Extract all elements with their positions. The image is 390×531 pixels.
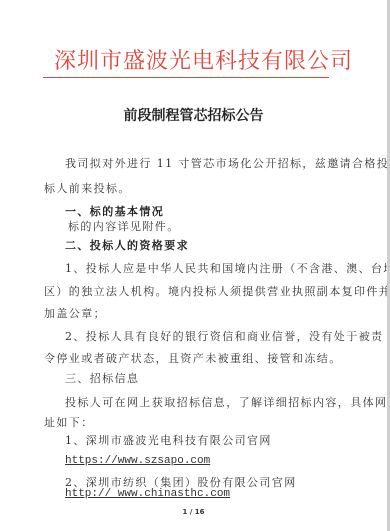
site1-url-link[interactable]: https://www.szsapo.com bbox=[65, 455, 210, 467]
company-header: 深圳市盛波光电科技有限公司 bbox=[54, 44, 353, 75]
requirement-1-line-3: 加盖公章； bbox=[44, 305, 106, 321]
intro-line-2: 标人前来投标。 bbox=[44, 180, 131, 196]
section3-heading: 三、招标信息 bbox=[65, 370, 139, 386]
site1-label: 1、深圳市盛波光电科技有限公司官网 bbox=[65, 432, 272, 448]
intro-line-1: 我司拟对外进行 11 寸管芯市场化公开招标，兹邀请合格投 bbox=[65, 155, 389, 171]
requirement-1-line-1: 1、投标人应是中华人民共和国境内注册（不含港、澳、台地 bbox=[65, 260, 390, 276]
info-line-2: 址如下： bbox=[44, 414, 94, 430]
section1-body: 标的内容详见附件。 bbox=[68, 218, 180, 234]
section2-heading: 二、投标人的资格要求 bbox=[65, 237, 189, 253]
document-title: 前段制程管芯招标公告 bbox=[0, 105, 387, 125]
page-indicator: 1 / 16 bbox=[0, 508, 387, 516]
requirement-2-line-2: 令停业或者破产状态，且资产未被重组、接管和冻结。 bbox=[44, 350, 342, 366]
requirement-1-line-2: 区）的独立法人机构。境内投标人须提供营业执照副本复印件并 bbox=[44, 283, 390, 299]
document-page: 深圳市盛波光电科技有限公司 前段制程管芯招标公告 我司拟对外进行 11 寸管芯市… bbox=[0, 0, 387, 531]
site2-url-link[interactable]: http:// www.chinasthc.com bbox=[65, 488, 230, 500]
info-line-1: 投标人可在网上获取招标信息，了解详细招标内容，具体网 bbox=[65, 394, 387, 410]
header-divider bbox=[43, 77, 329, 78]
requirement-2-line-1: 2、投标人具有良好的银行资信和商业信誉，没有处于被责 bbox=[65, 328, 383, 344]
section1-heading: 一、标的基本情况 bbox=[65, 203, 164, 219]
